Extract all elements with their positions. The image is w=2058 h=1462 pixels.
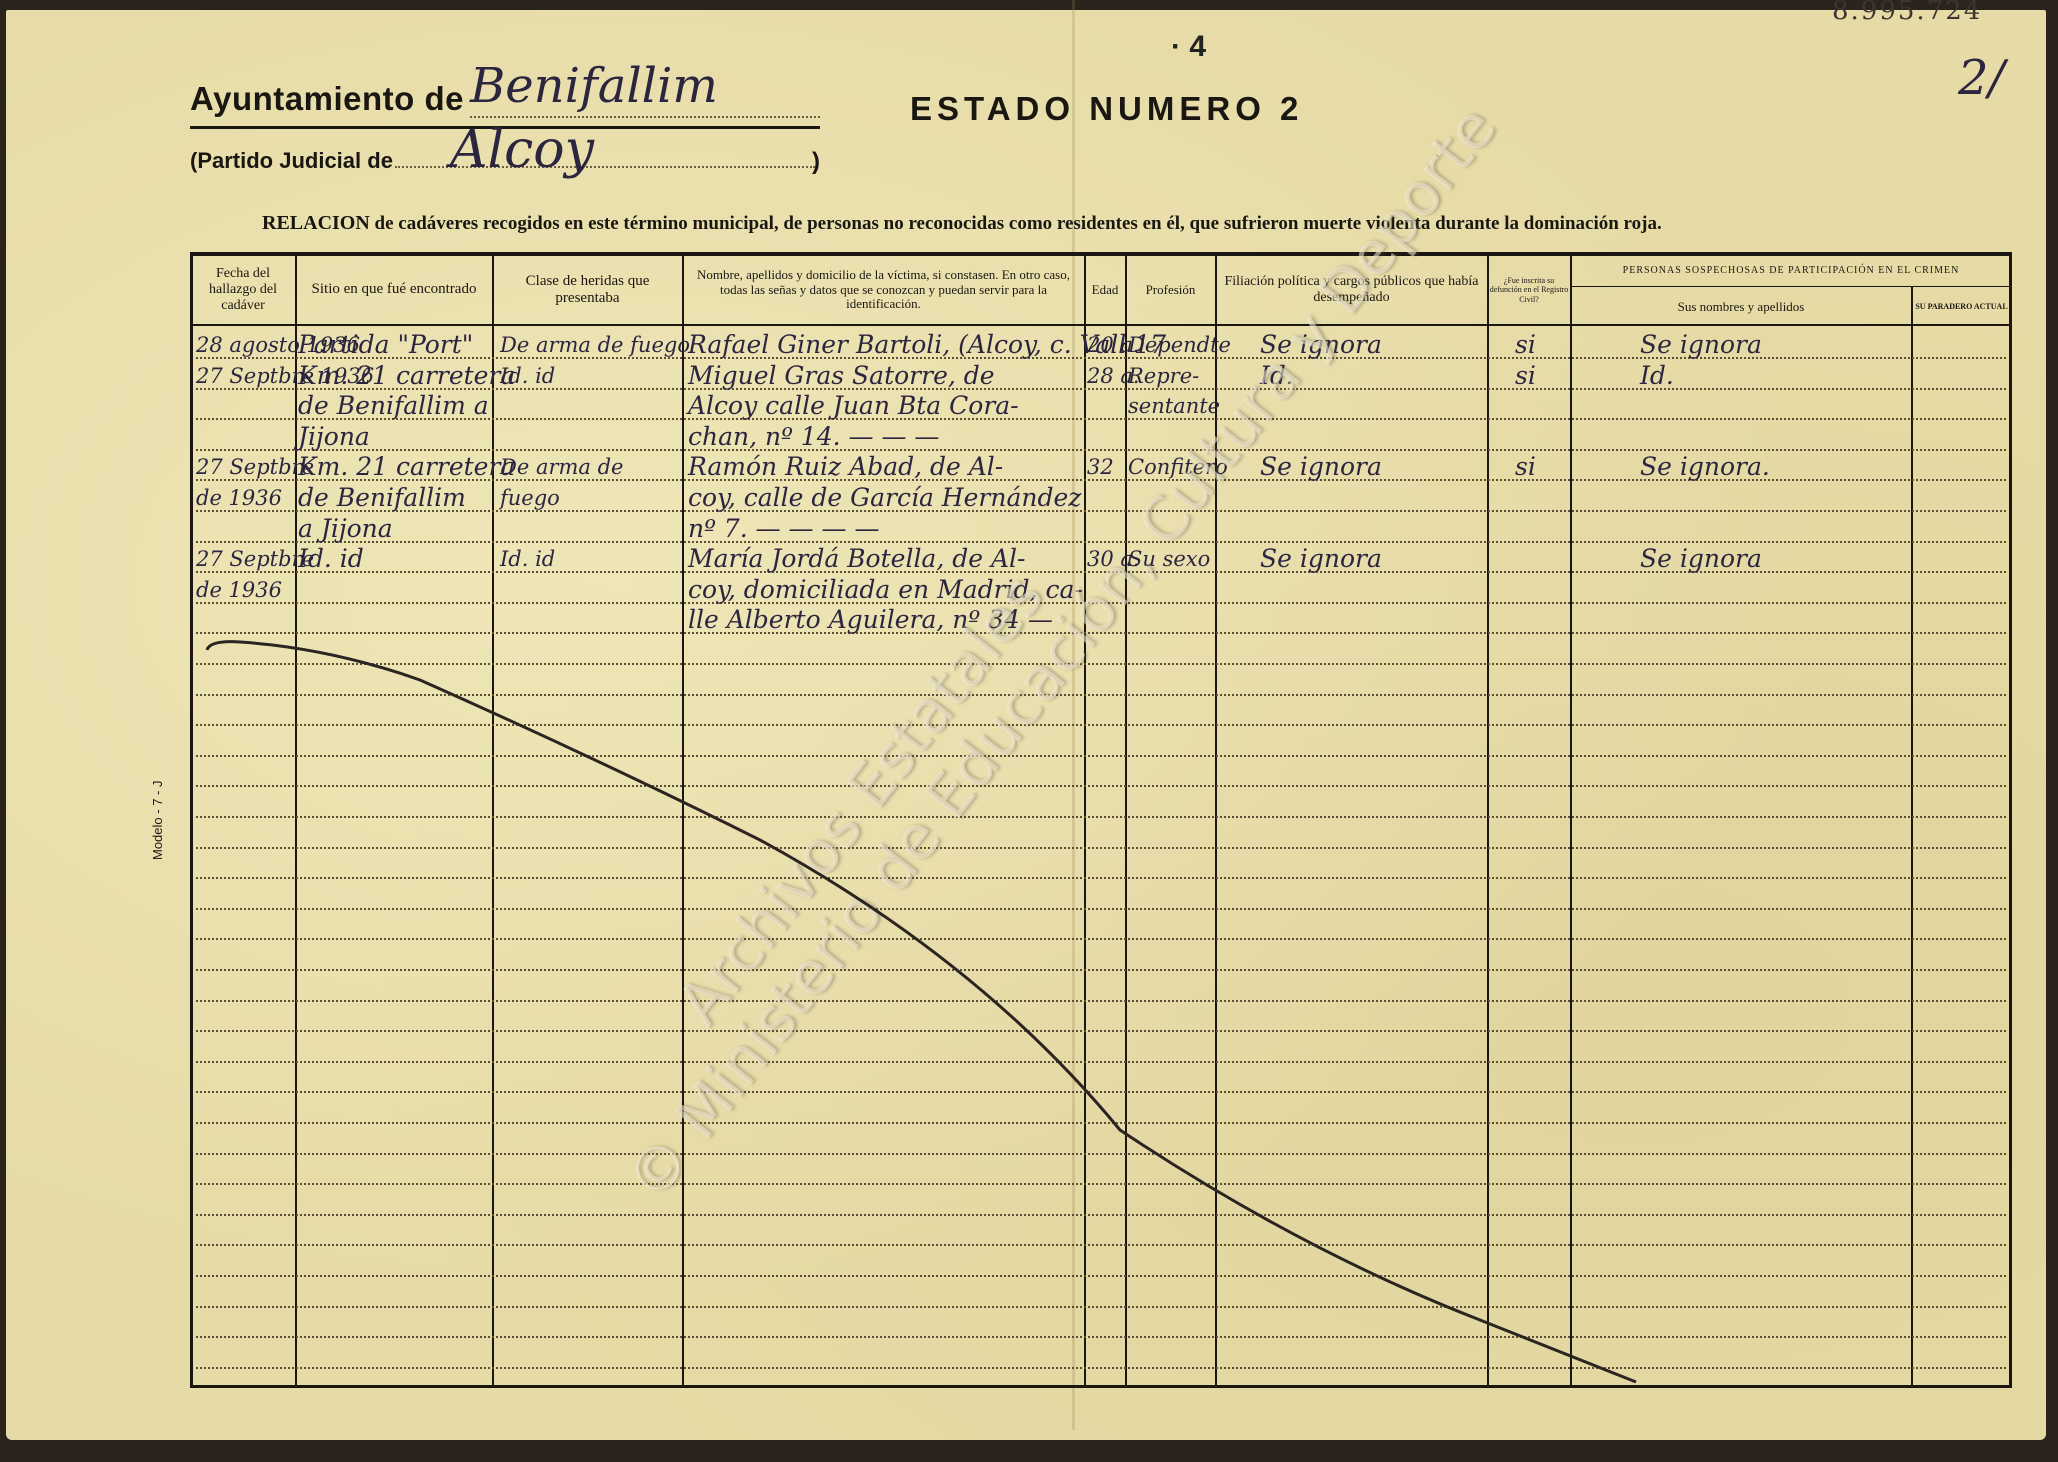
cancellation-strike-line xyxy=(0,0,2058,1462)
